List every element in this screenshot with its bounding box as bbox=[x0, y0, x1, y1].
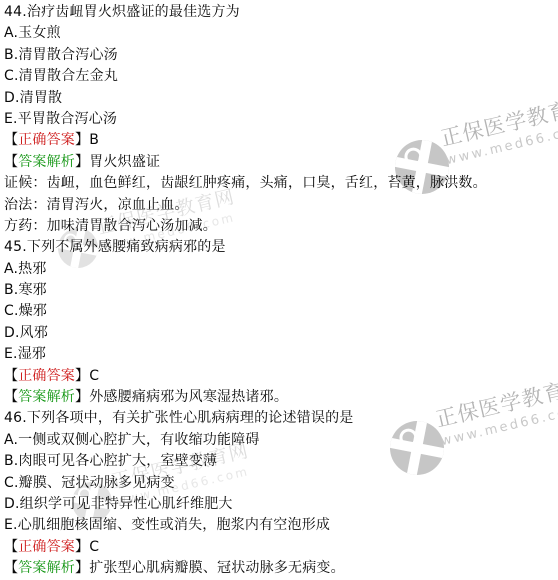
analysis-label: 答案解析 bbox=[18, 389, 75, 405]
question-46-option-e: E.心肌细胞核固缩、变性或消失，胞浆内有空泡形成 bbox=[4, 515, 558, 536]
question-44-option-d: D.清胃散 bbox=[4, 88, 558, 109]
analysis-text: 胃火炽盛证 bbox=[89, 154, 160, 170]
bracket-open: 【 bbox=[4, 368, 18, 384]
bracket-close: 】 bbox=[75, 132, 89, 148]
question-45-analysis-line: 【答案解析】外感腰痛病邪为风寒湿热诸邪。 bbox=[4, 387, 558, 408]
question-46-option-c: C.瓣膜、冠状动脉多见病变 bbox=[4, 473, 558, 494]
bracket-open: 【 bbox=[4, 539, 18, 555]
analysis-text: 扩张型心肌病瓣膜、冠状动脉多无病变。 bbox=[89, 560, 345, 576]
question-44-analysis-detail-2: 治法：清胃泻火，凉血止血。 bbox=[4, 195, 558, 216]
bracket-open: 【 bbox=[4, 389, 18, 405]
question-44-analysis-detail-3: 方药：加味清胃散合泻心汤加减。 bbox=[4, 216, 558, 237]
question-46-option-d: D.组织学可见非特异性心肌纤维肥大 bbox=[4, 494, 558, 515]
answer-value: C bbox=[89, 368, 99, 384]
question-44-answer-line: 【正确答案】B bbox=[4, 130, 558, 151]
question-45-option-e: E.湿邪 bbox=[4, 344, 558, 365]
question-44-option-e: E.平胃散合泻心汤 bbox=[4, 109, 558, 130]
question-44-analysis-line: 【答案解析】胃火炽盛证 bbox=[4, 152, 558, 173]
analysis-text: 外感腰痛病邪为风寒湿热诸邪。 bbox=[89, 389, 288, 405]
question-45-option-a: A.热邪 bbox=[4, 259, 558, 280]
question-46-option-a: A.一侧或双侧心腔扩大，有收缩功能障碍 bbox=[4, 430, 558, 451]
question-44-analysis-detail-1: 证候：齿衄，血色鲜红，齿龈红肿疼痛，头痛，口臭，舌红，苔黄，脉洪数。 bbox=[4, 173, 558, 194]
answer-value: C bbox=[89, 539, 99, 555]
answer-label: 正确答案 bbox=[18, 539, 75, 555]
bracket-open: 【 bbox=[4, 154, 18, 170]
answer-label: 正确答案 bbox=[18, 132, 75, 148]
analysis-label: 答案解析 bbox=[18, 154, 75, 170]
bracket-close: 】 bbox=[75, 389, 89, 405]
bracket-close: 】 bbox=[75, 154, 89, 170]
bracket-close: 】 bbox=[75, 368, 89, 384]
question-46-answer-line: 【正确答案】C bbox=[4, 537, 558, 558]
bracket-close: 】 bbox=[75, 539, 89, 555]
exam-question-list: 44.治疗齿衄胃火炽盛证的最佳选方为 A.玉女煎 B.清胃散合泻心汤 C.清胃散… bbox=[0, 0, 558, 580]
question-46-analysis-line: 【答案解析】扩张型心肌病瓣膜、冠状动脉多无病变。 bbox=[4, 558, 558, 579]
question-44-option-a: A.玉女煎 bbox=[4, 23, 558, 44]
question-45-answer-line: 【正确答案】C bbox=[4, 366, 558, 387]
question-45-stem: 45.下列不属外感腰痛致病病邪的是 bbox=[4, 237, 558, 258]
answer-label: 正确答案 bbox=[18, 368, 75, 384]
bracket-open: 【 bbox=[4, 560, 18, 576]
question-46-option-b: B.肉眼可见各心腔扩大，室壁变薄 bbox=[4, 451, 558, 472]
question-44-option-c: C.清胃散合左金丸 bbox=[4, 66, 558, 87]
analysis-label: 答案解析 bbox=[18, 560, 75, 576]
question-45-option-c: C.燥邪 bbox=[4, 301, 558, 322]
bracket-close: 】 bbox=[75, 560, 89, 576]
question-45-option-d: D.风邪 bbox=[4, 323, 558, 344]
question-45-option-b: B.寒邪 bbox=[4, 280, 558, 301]
question-44-option-b: B.清胃散合泻心汤 bbox=[4, 45, 558, 66]
question-44-stem: 44.治疗齿衄胃火炽盛证的最佳选方为 bbox=[4, 2, 558, 23]
answer-value: B bbox=[89, 132, 99, 148]
bracket-open: 【 bbox=[4, 132, 18, 148]
question-46-stem: 46.下列各项中，有关扩张性心肌病病理的论述错误的是 bbox=[4, 408, 558, 429]
